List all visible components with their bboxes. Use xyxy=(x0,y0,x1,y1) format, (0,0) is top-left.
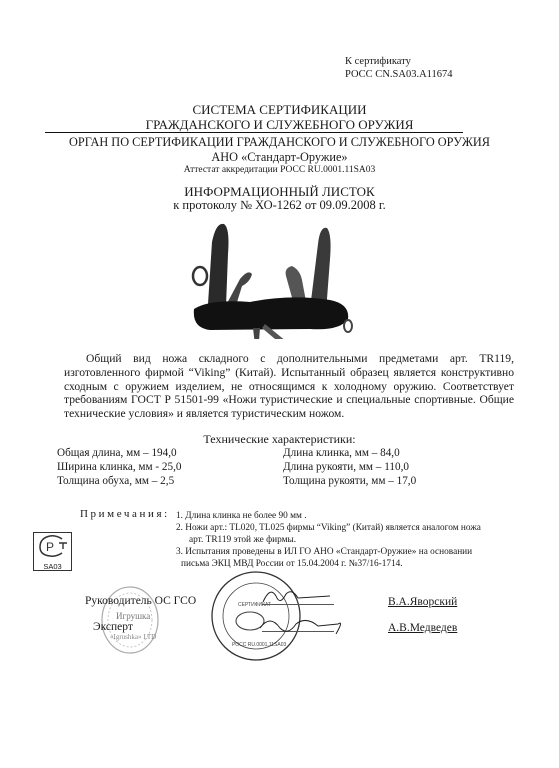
ano-name: АНО «Стандарт-Оружие» xyxy=(0,150,559,165)
note-3: 3. Испытания проведены в ИЛ ГО АНО «Стан… xyxy=(176,546,472,558)
note-1: 1. Длина клинка не более 90 мм . xyxy=(176,510,307,522)
spec-spine-thickness: Толщина обуха, мм – 2,5 xyxy=(57,474,181,488)
head-role: Руководитель ОС ГСО xyxy=(85,595,196,607)
svg-text:РОСС RU.0001.11SA03: РОСС RU.0001.11SA03 xyxy=(232,642,286,648)
rst-mark-icon: Р xyxy=(34,533,71,559)
note-2-cont: арт. TR119 этой же фирмы. xyxy=(189,534,296,546)
svg-text:«Igrushka» LTD: «Igrushka» LTD xyxy=(110,633,156,641)
note-2: 2. Ножи арт.: TL020, TL025 фирмы “Viking… xyxy=(176,522,481,534)
spec-blade-length: Длина клинка, мм – 84,0 xyxy=(283,446,416,460)
head-name: В.А.Яворский xyxy=(388,596,457,608)
system-title-line-1: СИСТЕМА СЕРТИФИКАЦИИ xyxy=(0,102,559,118)
spec-overall-length: Общая длина, мм – 194,0 xyxy=(57,446,181,460)
product-description: Общий вид ножа складного с дополнительны… xyxy=(64,352,514,421)
spec-handle-length: Длина рукояти, мм – 110,0 xyxy=(283,460,416,474)
organ-name: ОРГАН ПО СЕРТИФИКАЦИИ ГРАЖДАНСКОГО И СЛУ… xyxy=(0,135,559,150)
rst-certification-logo: Р SA03 xyxy=(33,532,72,571)
reference-line-2: РОСС CN.SA03.A11674 xyxy=(345,68,453,81)
specs-right-column: Длина клинка, мм – 84,0 Длина рукояти, м… xyxy=(283,446,416,488)
folding-knife-icon xyxy=(190,214,365,339)
notes-label: Примечания: xyxy=(80,508,170,520)
svg-text:Игрушка: Игрушка xyxy=(116,611,150,621)
specs-left-column: Общая длина, мм – 194,0 Ширина клинка, м… xyxy=(57,446,181,488)
expert-name: А.В.Медведев xyxy=(388,622,457,634)
spec-blade-width: Ширина клинка, мм - 25,0 xyxy=(57,460,181,474)
handwritten-signatures-icon xyxy=(258,584,348,639)
description-text: Общий вид ножа складного с дополнительны… xyxy=(64,352,514,420)
specs-title: Технические характеристики: xyxy=(0,432,559,447)
header-divider xyxy=(45,132,463,133)
expert-role: Эксперт xyxy=(93,621,133,633)
reference-line-1: К сертификату xyxy=(345,55,453,68)
logo-code: SA03 xyxy=(34,562,71,571)
protocol-reference: к протоколу № ХО-1262 от 09.09.2008 г. xyxy=(0,198,559,213)
certificate-reference: К сертификату РОСС CN.SA03.A11674 xyxy=(345,55,453,81)
system-title-line-2: ГРАЖДАНСКОГО И СЛУЖЕБНОГО ОРУЖИЯ xyxy=(0,117,559,133)
svg-text:Р: Р xyxy=(46,540,54,554)
accreditation: Аттестат аккредитации РОСС RU.0001.11SA0… xyxy=(0,165,559,175)
spec-handle-thickness: Толщина рукояти, мм – 17,0 xyxy=(283,474,416,488)
